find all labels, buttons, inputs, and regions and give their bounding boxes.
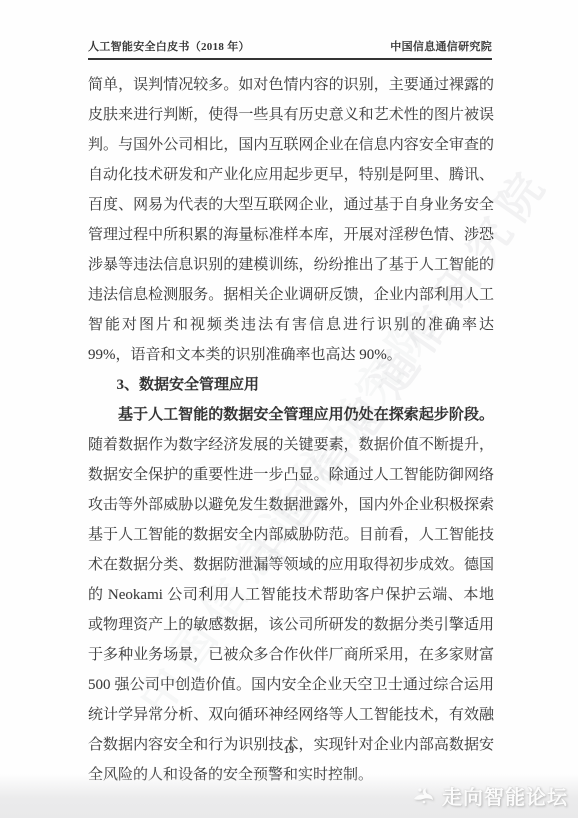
paragraph-lead-bold: 基于人工智能的数据安全管理应用仍处在探索起步阶段。	[118, 407, 494, 423]
page-header: 人工智能安全白皮书（2018 年） 中国信息通信研究院	[88, 38, 492, 60]
document-page: 中国信息通信研究院 中国信息通信研究院 人工智能安全白皮书（2018 年） 中国…	[0, 0, 578, 818]
bird-logo-icon	[412, 785, 436, 807]
header-right-title: 中国信息通信研究院	[390, 38, 492, 54]
paragraph: 简单，误判情况较多。如对色情内容的识别，主要通过裸露的皮肤来进行判断，使得一些具…	[88, 70, 494, 370]
header-left-title: 人工智能安全白皮书（2018 年）	[88, 38, 250, 54]
page-number: 19	[0, 745, 578, 756]
paragraph: 基于人工智能的数据安全管理应用仍处在探索起步阶段。随着数据作为数字经济发展的关键…	[88, 400, 494, 790]
document-body: 简单，误判情况较多。如对色情内容的识别，主要通过裸露的皮肤来进行判断，使得一些具…	[88, 70, 494, 790]
forum-stamp-label: 走向智能论坛	[442, 781, 568, 810]
paragraph-text: 随着数据作为数字经济发展的关键要素，数据价值不断提升，数据安全保护的重要性进一步…	[88, 437, 494, 783]
forum-stamp: 走向智能论坛	[412, 781, 568, 810]
section-heading: 3、数据安全管理应用	[88, 370, 494, 400]
